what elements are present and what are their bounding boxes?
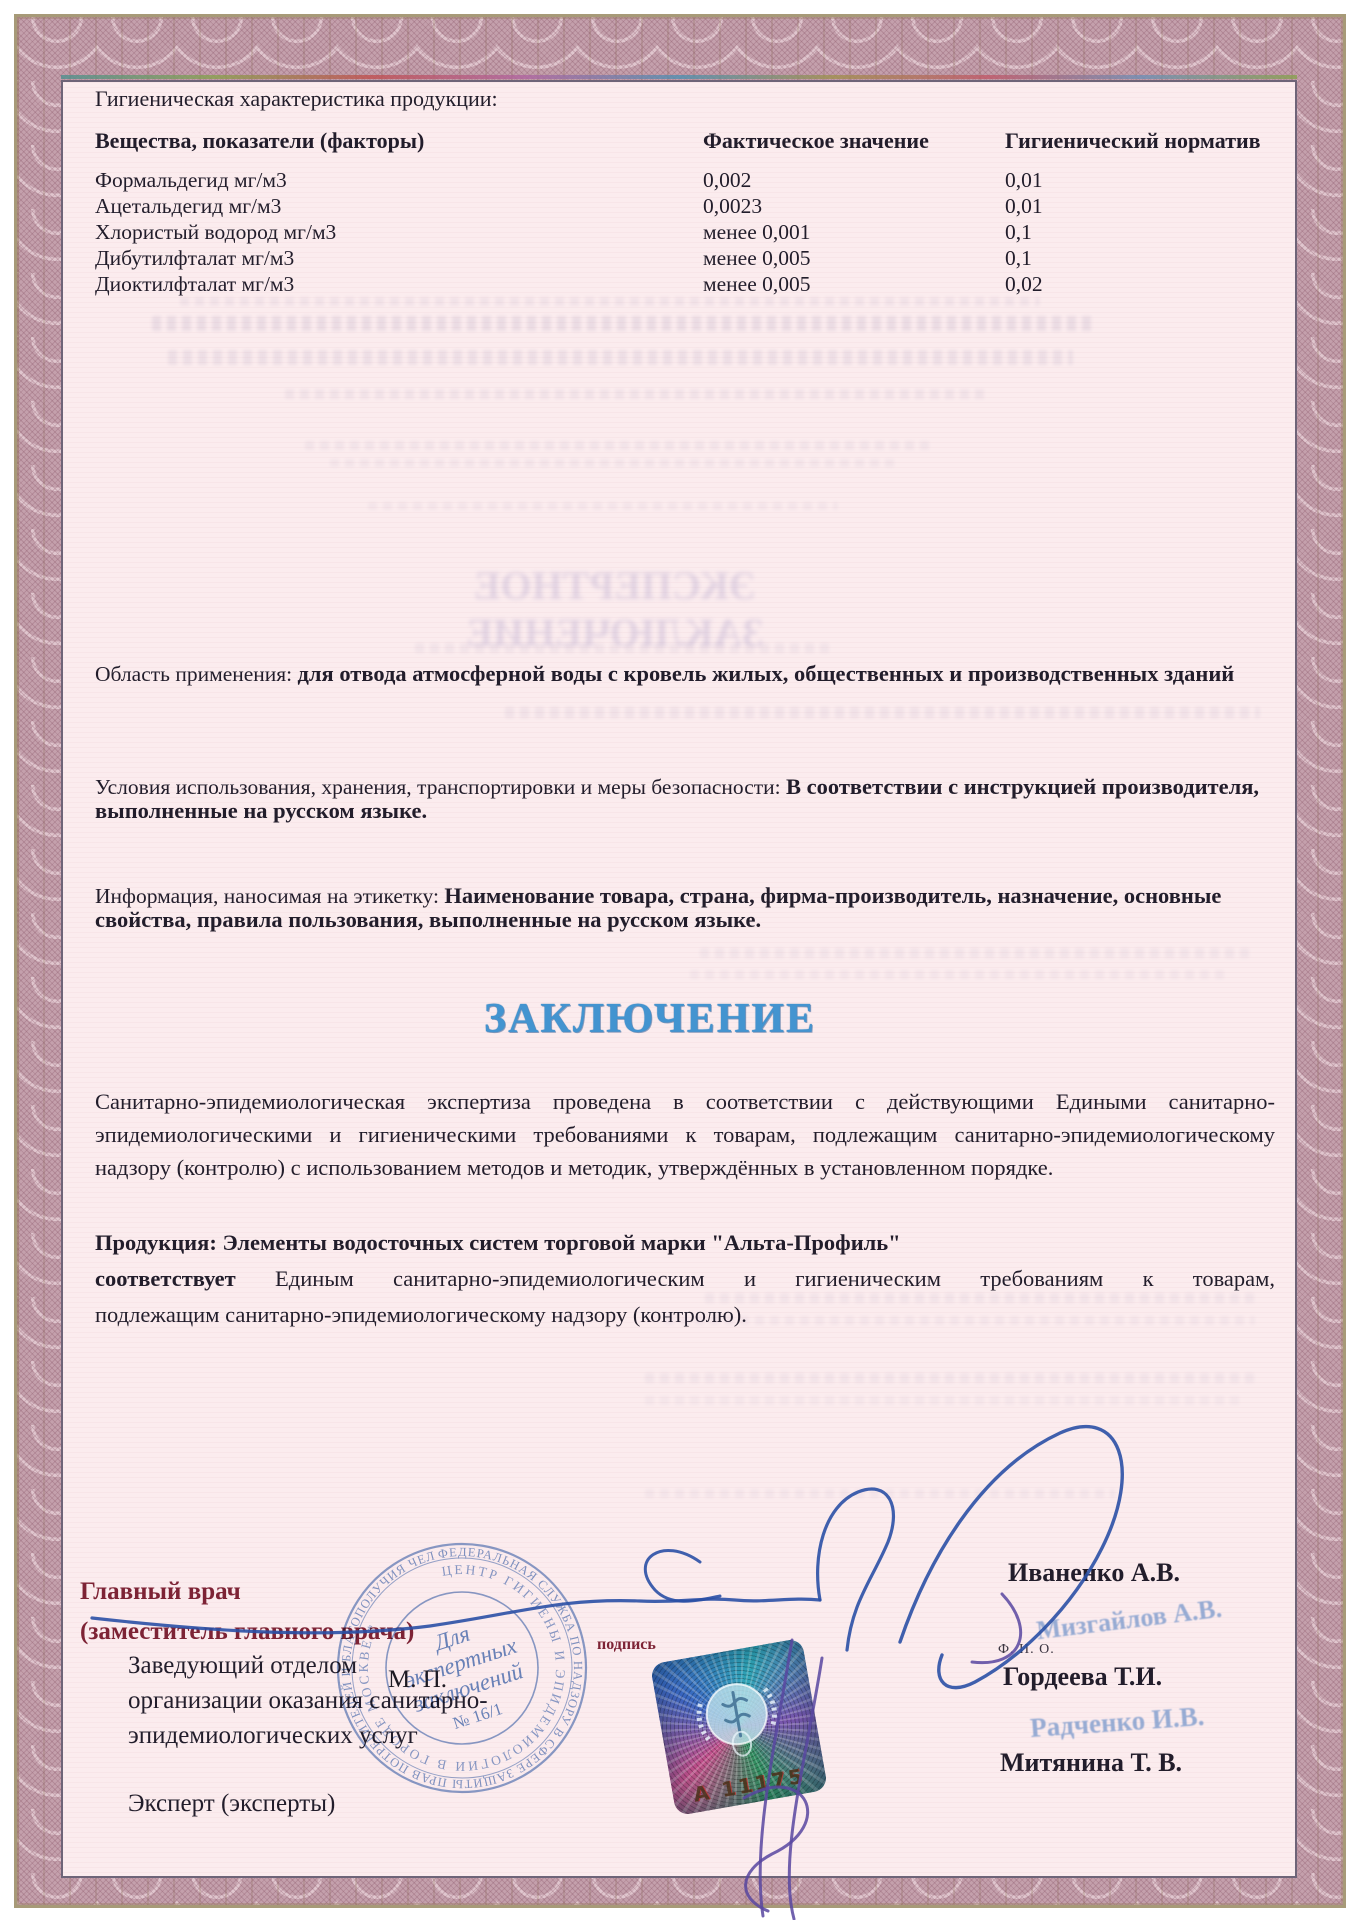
product-verdict-block: Продукция: Элементы водосточных систем т…: [95, 1225, 1275, 1333]
round-stamp-svg: ФЕДЕРАЛЬНАЯ СЛУЖБА ПО НАДЗОРУ В СФЕРЕ ЗА…: [308, 1514, 616, 1822]
ghost-bleed-line: [180, 297, 1040, 306]
table-row: Диоктилфталат мг/м3 менее 0,005 0,02: [0, 272, 1358, 298]
ghost-bleed-line: [330, 459, 900, 467]
table-row: Формальдегид мг/м3 0,002 0,01: [0, 168, 1358, 194]
ghost-bleed-line: [645, 1396, 1245, 1405]
verdict-word: соответствует: [95, 1266, 236, 1291]
conclusion-heading: ЗАКЛЮЧЕНИЕ: [0, 995, 1300, 1043]
table-row: Ацетальдегид мг/м3 0,0023 0,01: [0, 194, 1358, 220]
field-label: Информация, наносимая на этикетку:: [95, 884, 439, 908]
ghost-bleed-line: [700, 948, 1255, 958]
stamp-number: № 16/1: [451, 1699, 505, 1733]
fio-caption: Ф. И. О.: [998, 1642, 1055, 1658]
ghost-bleed-line: [168, 350, 1073, 365]
hygiene-section-title: Гигиеническая характеристика продукции:: [95, 86, 498, 112]
signature-caption: подпись: [597, 1636, 656, 1654]
department-title-line: Заведующий отделом: [128, 1652, 357, 1680]
ghost-bleed-line: [690, 970, 1230, 979]
column-header-norm: Гигиенический норматив: [1005, 128, 1261, 154]
ghost-bleed-line: [152, 316, 1092, 331]
expertise-paragraph: Санитарно-эпидемиологическая экспертиза …: [95, 1085, 1275, 1184]
ghost-bleed-line: [645, 1373, 1260, 1383]
expert-title: Эксперт (эксперты): [128, 1790, 335, 1818]
actual-cell: менее 0,005: [703, 272, 811, 297]
field-scope: Область применения: для отвода атмосферн…: [95, 662, 1275, 686]
product-name: Элементы водосточных систем торговой мар…: [222, 1230, 900, 1255]
substance-cell: Формальдегид мг/м3: [95, 168, 287, 193]
ghost-bleed-line: [305, 441, 935, 450]
column-header-actual: Фактическое значение: [703, 128, 929, 154]
verdict-line: соответствует Единым санитарно-эпидемиол…: [95, 1261, 1275, 1297]
ghost-bleed-heading: ЭКСПЕРТНОЕ ЗАКЛЮЧЕНИЕ: [355, 562, 875, 656]
field-usage-conditions: Условия использования, хранения, транспо…: [95, 775, 1275, 823]
norm-cell: 0,01: [1005, 194, 1043, 219]
table-row: Хлористый водород мг/м3 менее 0,001 0,1: [0, 220, 1358, 246]
field-label: Область применения:: [95, 662, 292, 686]
signatory-name: Митянина Т. В.: [1000, 1748, 1182, 1778]
actual-cell: 0,002: [703, 168, 751, 193]
hologram-sticker: А 11175: [650, 1638, 828, 1816]
hologram-emblem: [679, 1656, 795, 1772]
ghost-bleed-line: [505, 707, 1260, 718]
norm-cell: 0,1: [1005, 220, 1032, 245]
substance-cell: Дибутилфталат мг/м3: [95, 246, 294, 271]
field-label: Условия использования, хранения, транспо…: [95, 775, 781, 799]
column-header-substance: Вещества, показатели (факторы): [95, 128, 424, 154]
norm-cell: 0,02: [1005, 272, 1043, 297]
product-line: Продукция: Элементы водосточных систем т…: [95, 1225, 1275, 1261]
field-label-info: Информация, наносимая на этикетку: Наиме…: [95, 884, 1275, 932]
verdict-rest: подлежащим санитарно-эпидемиологическому…: [95, 1297, 1275, 1333]
seal-place-caption: М. П.: [388, 1666, 447, 1694]
actual-cell: менее 0,005: [703, 246, 811, 271]
ghost-bleed-line: [645, 1489, 1115, 1498]
substance-cell: Хлористый водород мг/м3: [95, 220, 336, 245]
chief-doctor-title: Главный врач: [80, 1578, 241, 1606]
substance-cell: Ацетальдегид мг/м3: [95, 194, 281, 219]
certificate-page: ЭКСПЕРТНОЕ ЗАКЛЮЧЕНИЕ Гигиеническая хара…: [0, 0, 1358, 1920]
table-row: Дибутилфталат мг/м3 менее 0,005 0,1: [0, 246, 1358, 272]
product-label: Продукция:: [95, 1230, 217, 1255]
actual-cell: менее 0,001: [703, 220, 811, 245]
signatory-name: Гордеева Т.И.: [1003, 1662, 1162, 1692]
ghost-bleed-line: [415, 643, 835, 653]
norm-cell: 0,1: [1005, 246, 1032, 271]
ghost-bleed-line: [285, 389, 985, 399]
signatory-name: Иваненко А.В.: [1008, 1558, 1180, 1588]
verdict-text: Единым санитарно-эпидемиологическим и ги…: [275, 1266, 1275, 1291]
actual-cell: 0,0023: [703, 194, 762, 219]
rainbow-line: [61, 75, 1297, 79]
round-stamp: ФЕДЕРАЛЬНАЯ СЛУЖБА ПО НАДЗОРУ В СФЕРЕ ЗА…: [308, 1514, 616, 1822]
field-value: для отвода атмосферной воды с кровель жи…: [298, 661, 1235, 686]
substance-cell: Диоктилфталат мг/м3: [95, 272, 294, 297]
ghost-bleed-line: [368, 502, 838, 510]
norm-cell: 0,01: [1005, 168, 1043, 193]
